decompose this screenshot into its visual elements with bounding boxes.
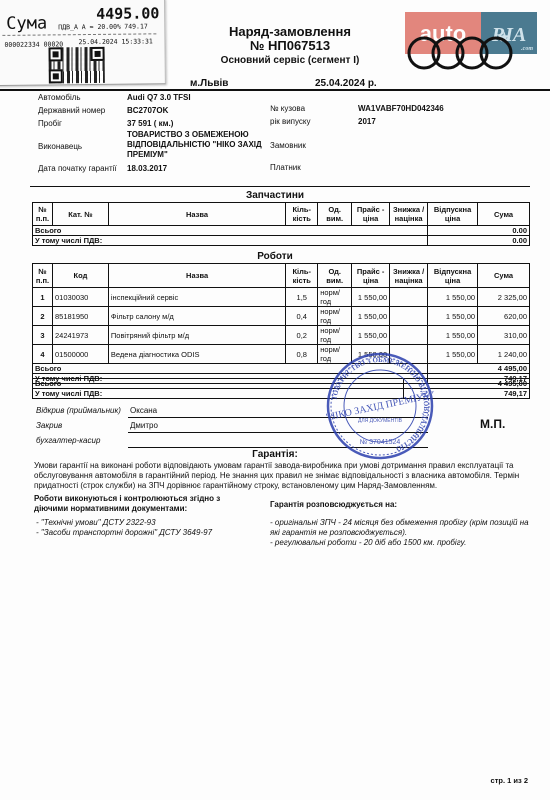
document-date: 25.04.2024 р.: [315, 78, 377, 89]
parts-title: Запчастини: [0, 190, 550, 201]
svg-text:№ 37041524: № 37041524: [360, 439, 401, 446]
warranty-start-value: 18.03.2017: [127, 164, 167, 173]
works-cell-code: 01500000: [52, 345, 108, 364]
page-number: стр. 1 из 2: [491, 776, 528, 785]
coverage-item-1: - оригінальні ЗПЧ - 24 місяця без обмеже…: [270, 518, 530, 538]
normative-item-2: - "Засоби транспортні дорожні" ДСТУ 3649…: [36, 528, 212, 538]
car-value: Audi Q7 3.0 TFSI: [127, 93, 191, 102]
plate-value: BC2707OK: [127, 106, 168, 115]
parts-table: № п.п. Кат. № Назва Кіль-кість Од. вим. …: [32, 202, 530, 246]
coverage-heading: Гарантія розповсюджується на:: [270, 500, 397, 510]
works-cell-name: Повітряний фільтр м/д: [108, 326, 285, 345]
plate-label: Державний номер: [38, 106, 105, 115]
works-cell-sum: 2 325,00: [478, 288, 530, 307]
header-divider: [0, 89, 550, 91]
works-cell-price: 1 550,00: [352, 307, 390, 326]
normative-heading: Роботи виконуються і контролюються згідн…: [34, 494, 254, 514]
works-cell-unit: норм/год: [318, 288, 352, 307]
works-table: № п.п. Код Назва Кіль-кість Од. вим. Пра…: [32, 263, 530, 384]
normative-item-1: - "Технічні умови" ДСТУ 2322-93: [36, 518, 156, 528]
works-cell-sum: 620,00: [478, 307, 530, 326]
svg-text:ДЛЯ ДОКУМЕНТІВ: ДЛЯ ДОКУМЕНТІВ: [358, 418, 403, 424]
receipt-divider: [2, 33, 156, 36]
works-cell-discount: [390, 307, 428, 326]
receipt-vat-rate: ПДВ_А А = 20.00%: [58, 23, 121, 32]
parts-header-row: № п.п. Кат. № Назва Кіль-кість Од. вим. …: [33, 203, 530, 226]
works-row: 285181950Фільтр салону м/д0,4норм/год1 5…: [33, 307, 530, 326]
works-cell-qty: 0,2: [286, 326, 318, 345]
vin-value: WA1VABF70HD042346: [358, 104, 444, 113]
works-cell-name: Ведена діагностика ODIS: [108, 345, 285, 364]
works-cell-n: 3: [33, 326, 53, 345]
works-header-row: № п.п. Код Назва Кіль-кість Од. вим. Пра…: [33, 264, 530, 288]
parts-total-row: Всього 0.00: [33, 226, 530, 236]
info-divider: [30, 186, 530, 187]
coverage-item-2: - регулювальні роботи - 20 діб або 1500 …: [270, 538, 530, 548]
opened-by-value: Оксана: [130, 406, 157, 415]
year-value: 2017: [358, 117, 376, 126]
receipt-datetime: 25.04.2024 15:33:31: [78, 37, 152, 46]
works-cell-sale-price: 1 550,00: [428, 345, 478, 364]
audi-rings-icon: [405, 34, 517, 72]
document-city: м.Львів: [190, 78, 228, 89]
executor-value: ТОВАРИСТВО З ОБМЕЖЕНОЮ ВІДПОВІДАЛЬНІСТЮ …: [127, 130, 277, 160]
works-cell-qty: 1,5: [286, 288, 318, 307]
works-cell-price: 1 550,00: [352, 288, 390, 307]
parts-vat-row: У тому числі ПДВ: 0.00: [33, 236, 530, 246]
payer-label: Платник: [270, 163, 301, 172]
works-cell-qty: 0,4: [286, 307, 318, 326]
works-cell-n: 4: [33, 345, 53, 364]
works-cell-n: 2: [33, 307, 53, 326]
grand-total-table: Всього 4 495,00 У тому числі ПДВ: 749,17: [32, 378, 530, 399]
qr-code-icon: [48, 47, 104, 84]
works-title: Роботи: [0, 251, 550, 262]
works-cell-n: 1: [33, 288, 53, 307]
grand-vat-row: У тому числі ПДВ: 749,17: [33, 389, 530, 399]
car-label: Автомобіль: [38, 93, 81, 102]
closed-by-label: Закрив: [36, 421, 62, 430]
mileage-value: 37 591 ( км.): [127, 119, 173, 128]
receipt-label: Сума: [6, 13, 47, 33]
warranty-title: Гарантія:: [0, 449, 550, 460]
works-cell-sale-price: 1 550,00: [428, 288, 478, 307]
document-subtitle: Основний сервіс (сегмент I): [190, 55, 390, 66]
works-cell-price: 1 550,00: [352, 326, 390, 345]
warranty-paragraph: Умови гарантії на виконані роботи відпов…: [34, 461, 524, 491]
executor-label: Виконавець: [38, 142, 82, 151]
works-cell-code: 24241973: [52, 326, 108, 345]
works-row: 101030030інспекційний сервіс1,5норм/год1…: [33, 288, 530, 307]
works-cell-discount: [390, 326, 428, 345]
works-cell-sum: 1 240,00: [478, 345, 530, 364]
works-cell-sum: 310,00: [478, 326, 530, 345]
works-cell-code: 01030030: [52, 288, 108, 307]
document-number: № НП067513: [190, 38, 390, 53]
works-total-row: Всього 4 495,00: [33, 364, 530, 374]
works-row: 401500000Ведена діагностика ODIS0,8норм/…: [33, 345, 530, 364]
works-cell-unit: норм/год: [318, 326, 352, 345]
works-cell-name: інспекційний сервіс: [108, 288, 285, 307]
works-cell-discount: [390, 288, 428, 307]
works-cell-sale-price: 1 550,00: [428, 307, 478, 326]
document-title: Наряд-замовлення: [190, 24, 390, 39]
receipt-amount: 4495.00: [96, 4, 159, 23]
works-cell-sale-price: 1 550,00: [428, 326, 478, 345]
works-cell-code: 85181950: [52, 307, 108, 326]
receipt-vat-amount: 749.17: [124, 22, 148, 30]
grand-total-row: Всього 4 495,00: [33, 379, 530, 389]
year-label: рік випуску: [270, 117, 311, 126]
vin-label: № кузова: [270, 104, 305, 113]
warranty-start-label: Дата початку гарантії: [38, 164, 117, 173]
works-cell-qty: 0,8: [286, 345, 318, 364]
works-cell-unit: норм/год: [318, 307, 352, 326]
closed-by-value: Дмитро: [130, 421, 158, 430]
opened-by-label: Відкрив (приймальник): [36, 406, 121, 415]
seal-placeholder: М.П.: [480, 417, 505, 431]
accountant-label: бухгалтер-касир: [36, 436, 100, 445]
mileage-label: Пробіг: [38, 119, 62, 128]
customer-label: Замовник: [270, 141, 306, 150]
works-row: 324241973Повітряний фільтр м/д0,2норм/го…: [33, 326, 530, 345]
company-stamp-icon: ТОВАРИСТВО З ОБМЕЖЕНОЮ ВІДПОВІДАЛЬНІСТЮ …: [326, 352, 434, 460]
works-cell-name: Фільтр салону м/д: [108, 307, 285, 326]
fiscal-receipt: Сума 4495.00 ПДВ_А А = 20.00% 749.17 000…: [0, 0, 166, 86]
